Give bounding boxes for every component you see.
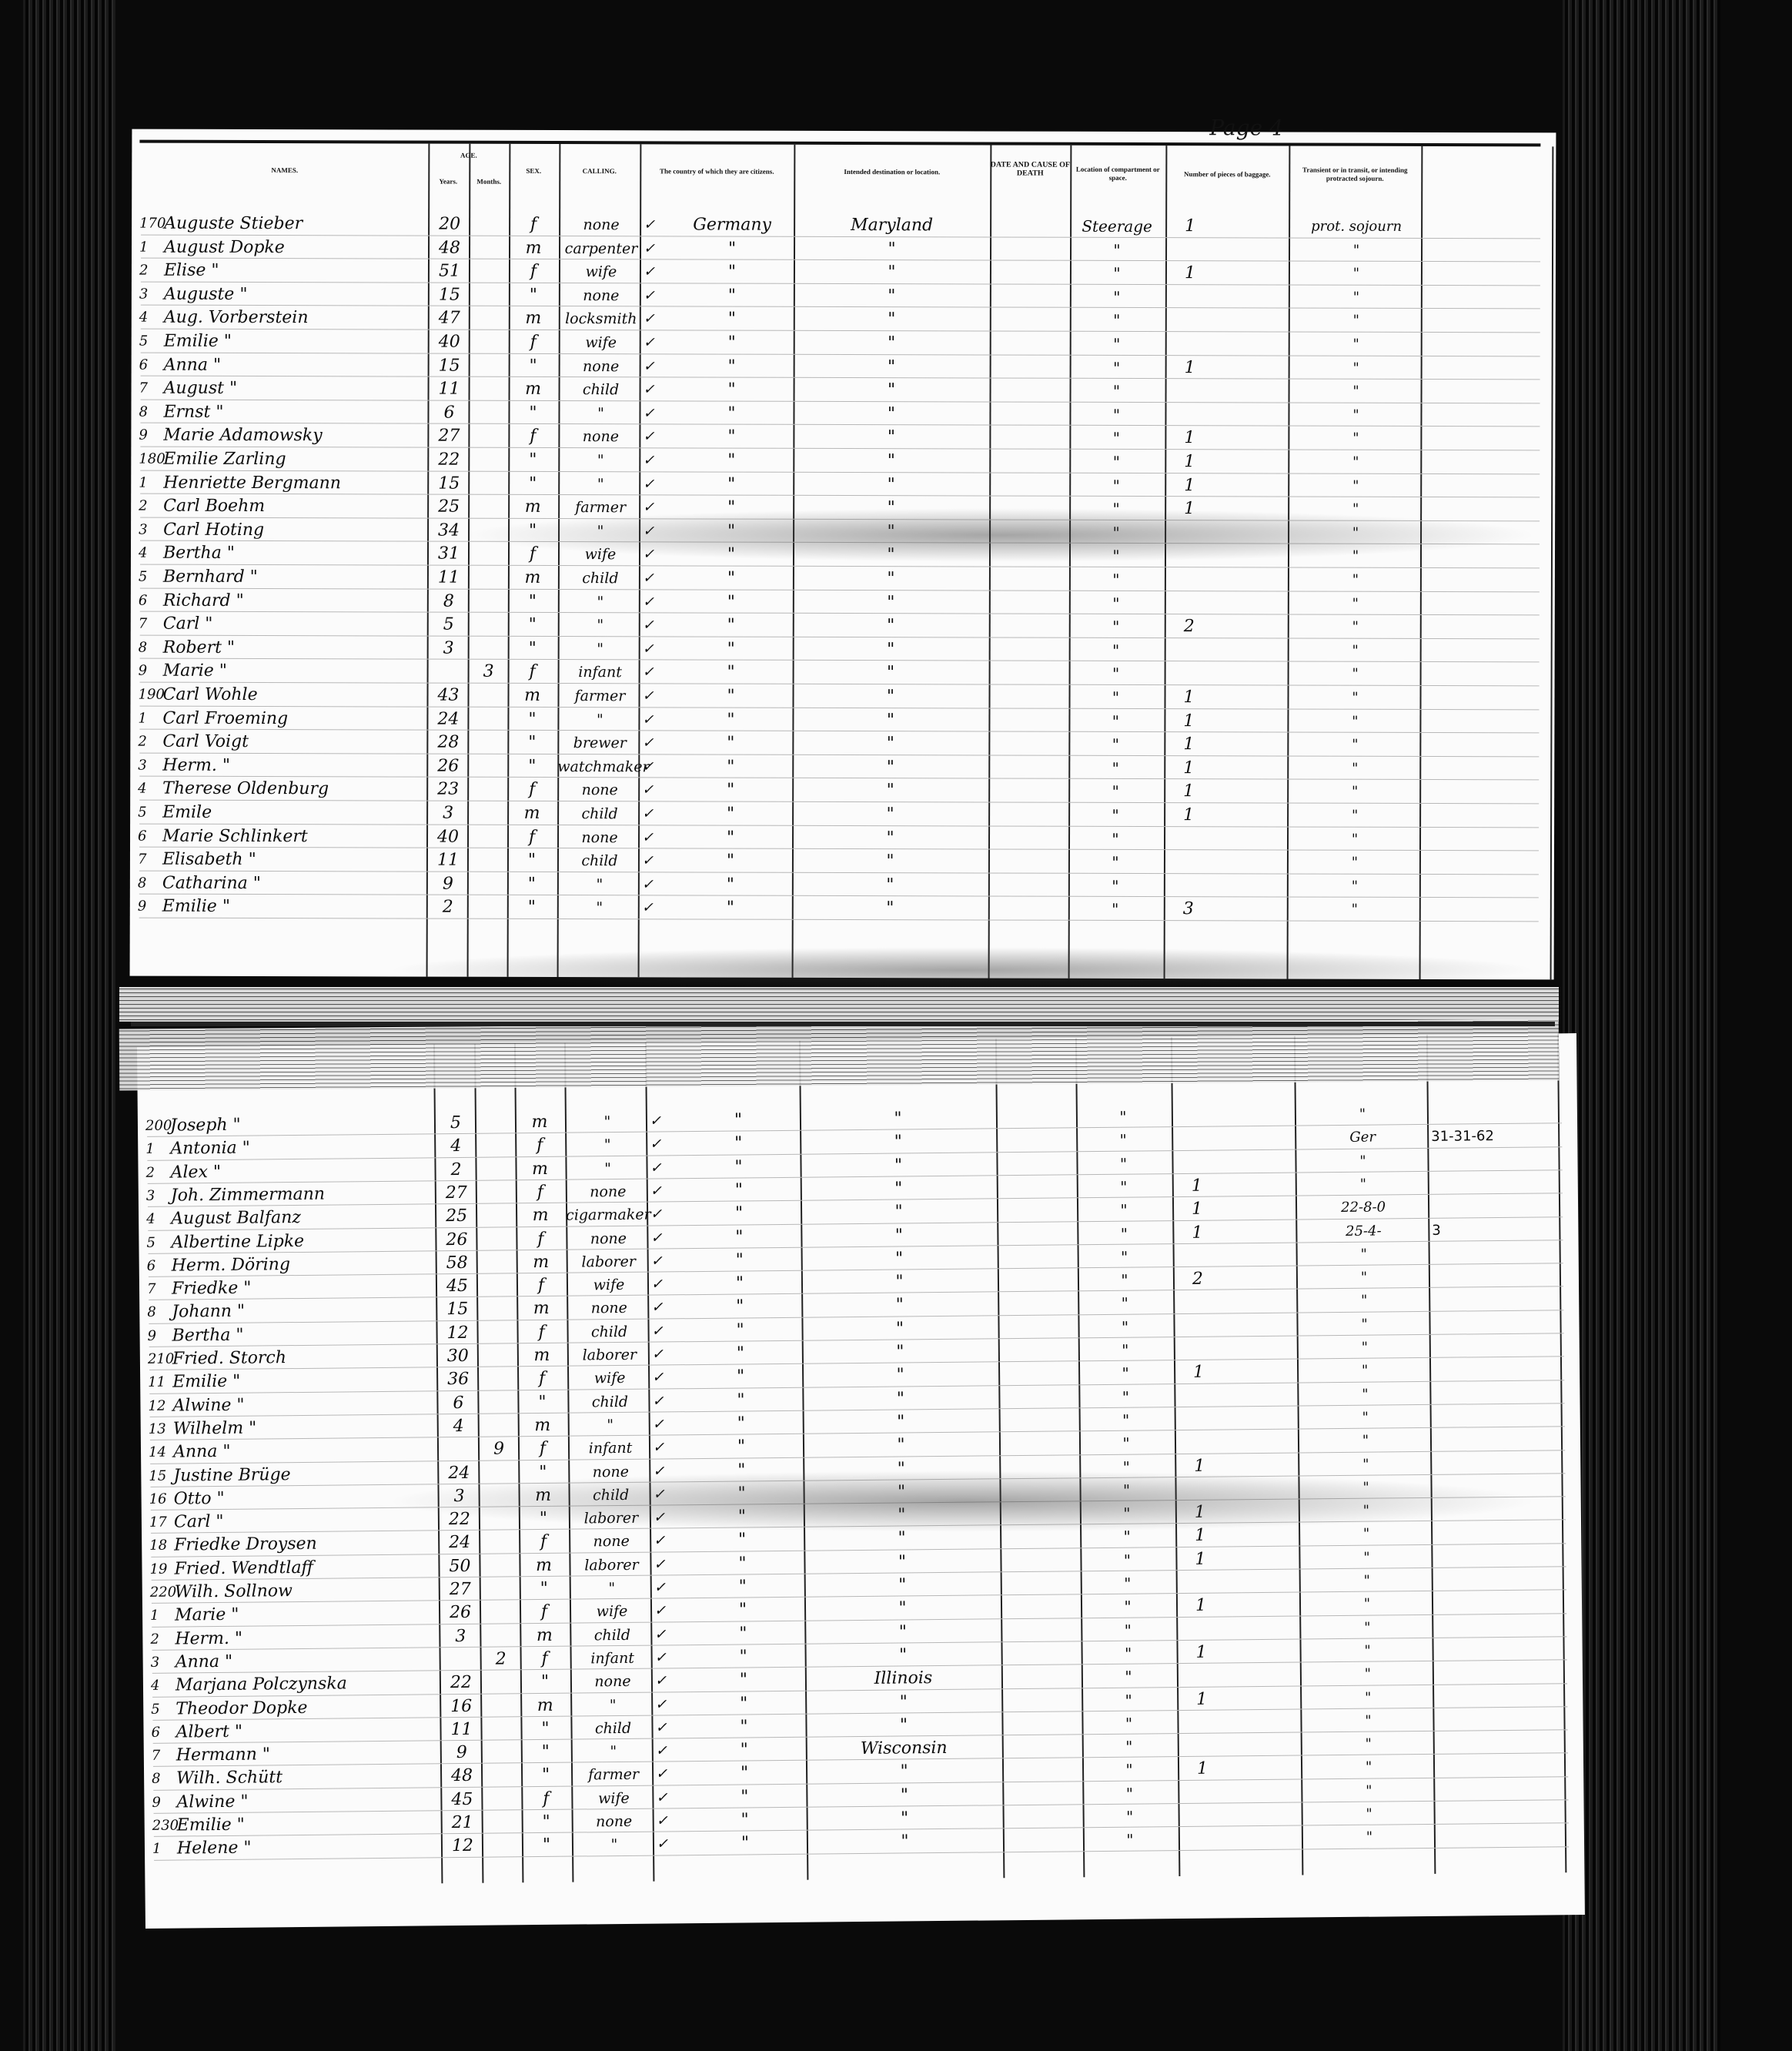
cell-sex: f xyxy=(509,825,555,848)
cell-name: Albertine Lipke xyxy=(171,1230,304,1254)
cell-comp: " xyxy=(1080,1594,1175,1618)
cell-name: Anna " xyxy=(173,1440,231,1464)
passenger-list-top: 170Auguste Stieber20fnoneGermanyMaryland… xyxy=(132,129,1556,133)
cell-years: 16 xyxy=(442,1695,480,1718)
cell-trans: " xyxy=(1289,569,1422,592)
header-sex: SEX. xyxy=(509,167,558,176)
cell-bag: 2 xyxy=(1175,1268,1221,1292)
film-edge-right xyxy=(1563,0,1720,2051)
checkmark-icon: ✓ xyxy=(642,684,657,708)
cell-name: Bertha " xyxy=(172,1323,243,1347)
cell-calling: " xyxy=(572,1833,657,1857)
cell-trans: " xyxy=(1289,852,1421,875)
cell-dest: " xyxy=(802,1387,998,1411)
cell-name: Bertha " xyxy=(163,542,235,565)
cell-calling: farmer xyxy=(571,1763,656,1787)
checkmark-icon: ✓ xyxy=(657,1809,672,1832)
passenger-row: 6Anna "15"none"""1"✓ xyxy=(132,353,1556,380)
cell-comp: " xyxy=(1068,780,1163,803)
passenger-row: 8Robert "3""""""✓ xyxy=(131,636,1555,663)
cell-calling: none xyxy=(566,1226,650,1250)
cell-bag xyxy=(1180,1804,1226,1805)
cell-trans: " xyxy=(1290,356,1423,380)
cell-years: 12 xyxy=(443,1835,482,1858)
cell-name: Emilie " xyxy=(177,1814,245,1838)
cell-name: Joseph " xyxy=(170,1114,241,1138)
fold-band-lower xyxy=(119,1019,1560,1090)
cell-country: " xyxy=(655,355,809,379)
checkmark-icon: ✓ xyxy=(643,473,658,496)
cell-bag xyxy=(1178,1571,1224,1571)
cell-months: 9 xyxy=(480,1437,518,1460)
cell-sex: " xyxy=(519,1390,565,1414)
checkmark-icon: ✓ xyxy=(656,1763,671,1786)
cell-country: " xyxy=(661,1155,815,1179)
cell-dest: " xyxy=(802,1340,998,1364)
cell-comp: " xyxy=(1077,1315,1172,1339)
cell-country: " xyxy=(654,732,807,756)
cell-calling: brewer xyxy=(557,731,642,754)
cell-sex: m xyxy=(518,1297,564,1321)
cell-dest: Maryland xyxy=(794,214,990,238)
cell-name: Fried. Wendtlaff xyxy=(174,1557,313,1581)
cell-country: " xyxy=(664,1365,817,1390)
cell-country: " xyxy=(654,449,808,473)
cell-name: Bernhard " xyxy=(163,566,258,589)
cell-sex: f xyxy=(517,1134,563,1158)
passenger-row: 6Marie Schlinkert40fnone""""✓ xyxy=(130,825,1554,852)
cell-trans: " xyxy=(1289,663,1422,686)
cell-dest: " xyxy=(793,567,989,591)
cell-years: 30 xyxy=(439,1345,477,1368)
cell-dest: " xyxy=(793,591,989,614)
cell-sex: f xyxy=(520,1531,567,1554)
cell-calling: child xyxy=(567,1320,651,1343)
cell-comp: " xyxy=(1068,662,1164,685)
cell-country: " xyxy=(663,1248,817,1273)
cell-comp: " xyxy=(1078,1408,1174,1432)
cell-sex: f xyxy=(510,425,556,448)
cell-calling: " xyxy=(558,402,643,425)
cell-name: Catharina " xyxy=(162,872,261,895)
cell-bag xyxy=(1179,1781,1225,1782)
cell-trans: " xyxy=(1302,1732,1435,1757)
passenger-row: 8Catharina "9""""""✓ xyxy=(130,872,1554,898)
cell-dest: " xyxy=(793,638,989,662)
header-country: The country of which they are citizens. xyxy=(640,167,794,176)
cell-trans: " xyxy=(1289,828,1421,851)
cell-calling: " xyxy=(558,637,643,661)
cell-name: Herm. Döring xyxy=(172,1253,291,1277)
cell-comp: " xyxy=(1075,1128,1171,1152)
cell-trans: " xyxy=(1290,239,1423,262)
cell-trans: " xyxy=(1299,1359,1431,1384)
checkmark-icon: ✓ xyxy=(654,1576,670,1599)
cell-calling: none xyxy=(572,1810,657,1834)
checkmark-icon: ✓ xyxy=(656,1739,671,1762)
cell-name: Richard " xyxy=(163,589,244,612)
header-compartment: Location of compartment or space. xyxy=(1070,166,1165,182)
cell-name: Robert " xyxy=(163,636,235,659)
cell-country: Germany xyxy=(655,213,809,237)
checkmark-icon: ✓ xyxy=(642,826,657,849)
cell-name: August Balfanz xyxy=(171,1206,301,1231)
cell-trans: " xyxy=(1303,1802,1436,1827)
cell-name: Herm. " xyxy=(162,754,230,777)
cell-trans: " xyxy=(1298,1243,1430,1267)
cell-country: " xyxy=(667,1715,821,1739)
cell-name: Anna " xyxy=(164,353,222,376)
cell-country: " xyxy=(661,1132,815,1156)
header-months: Months. xyxy=(469,178,509,186)
cell-calling: laborer xyxy=(567,1250,651,1273)
checkmark-icon: ✓ xyxy=(652,1390,667,1413)
cell-years: 28 xyxy=(429,731,467,754)
page-number-note: Page 4 xyxy=(1209,115,1283,140)
cell-dest: " xyxy=(794,332,990,356)
passenger-row: 2Carl Voigt28"brewer"""1"✓ xyxy=(130,731,1554,758)
checkmark-icon: ✓ xyxy=(655,1716,670,1739)
cell-bag: 1 xyxy=(1165,757,1212,780)
cell-comp: " xyxy=(1077,1268,1172,1292)
cell-years: 5 xyxy=(430,614,468,637)
cell-trans: " xyxy=(1298,1313,1430,1337)
cell-years: 24 xyxy=(429,708,467,731)
cell-years: 9 xyxy=(443,1742,481,1765)
cell-dest: " xyxy=(794,379,990,403)
cell-name: Otto " xyxy=(173,1487,224,1511)
checkmark-icon: ✓ xyxy=(656,1786,671,1809)
cell-bag: 1 xyxy=(1165,733,1212,756)
cell-country: " xyxy=(664,1342,817,1367)
cell-calling: child xyxy=(558,567,643,590)
cell-years: 6 xyxy=(430,401,468,424)
cell-years: 50 xyxy=(440,1554,479,1578)
cell-bag: 1 xyxy=(1167,356,1213,380)
checkmark-icon: ✓ xyxy=(650,1226,666,1250)
cell-bag xyxy=(1179,1665,1225,1665)
cell-country: " xyxy=(665,1551,819,1576)
cell-trans: " xyxy=(1299,1429,1432,1454)
cell-bag xyxy=(1173,1105,1219,1106)
cell-trans: " xyxy=(1289,710,1421,733)
cell-years: 2 xyxy=(429,896,467,919)
cell-trans: " xyxy=(1299,1406,1432,1430)
cell-comp: " xyxy=(1068,615,1164,638)
cell-years: 20 xyxy=(430,213,469,236)
cell-calling: " xyxy=(558,614,643,637)
cell-name: Alwine " xyxy=(172,1394,244,1417)
cell-name: Marie Adamowsky xyxy=(163,424,322,448)
cell-comp: " xyxy=(1069,356,1165,379)
checkmark-icon: ✓ xyxy=(644,379,659,402)
passenger-row: 3Herm. "26"watchmaker"""1"✓ xyxy=(130,754,1554,781)
cell-bag xyxy=(1175,1244,1221,1245)
cell-dest: " xyxy=(792,803,988,827)
cell-years: 6 xyxy=(439,1391,477,1414)
cell-years: 15 xyxy=(430,354,469,377)
checkmark-icon: ✓ xyxy=(650,1133,665,1156)
cell-calling: " xyxy=(565,1110,650,1134)
cell-years: 2 xyxy=(436,1158,475,1181)
cell-years: 47 xyxy=(430,307,469,330)
cell-sex: " xyxy=(510,284,557,307)
cell-dest: " xyxy=(794,261,990,285)
cell-dest: " xyxy=(801,1176,997,1201)
cell-bag: 3 xyxy=(1165,898,1212,921)
cell-sex: " xyxy=(523,1764,569,1788)
cell-comp: " xyxy=(1069,380,1165,403)
cell-dest: " xyxy=(794,285,990,309)
cell-bag: 1 xyxy=(1174,1198,1220,1222)
checkmark-icon: ✓ xyxy=(654,1553,669,1576)
cell-name: Friedke Droysen xyxy=(174,1533,317,1557)
cell-calling: " xyxy=(558,591,643,614)
checkmark-icon: ✓ xyxy=(651,1273,667,1297)
cell-sex: m xyxy=(522,1694,568,1718)
cell-country: " xyxy=(655,379,809,403)
cell-comp: " xyxy=(1068,851,1163,874)
cell-dest: " xyxy=(792,756,988,780)
cell-comp: " xyxy=(1068,709,1163,732)
cell-country: " xyxy=(664,1435,818,1460)
cell-years: 9 xyxy=(429,872,467,895)
cell-trans: " xyxy=(1289,898,1421,922)
cell-calling: none xyxy=(566,1179,650,1203)
cell-trans: " xyxy=(1297,1173,1429,1197)
cell-name: Carl Boehm xyxy=(163,495,265,518)
cell-name: Alwine " xyxy=(176,1790,248,1814)
cell-bag xyxy=(1173,1151,1219,1152)
cell-sex: m xyxy=(509,684,555,708)
cell-sex: f xyxy=(510,331,557,354)
cell-months: 2 xyxy=(482,1648,520,1671)
stain-top xyxy=(462,508,1540,562)
cell-sex: f xyxy=(518,1320,564,1344)
passenger-row: 9Marie "3finfant""""✓ xyxy=(131,660,1555,687)
checkmark-icon: ✓ xyxy=(642,802,657,825)
cell-bag xyxy=(1175,1314,1221,1315)
passenger-row: 9Emilie "2"""""3"✓ xyxy=(130,895,1554,922)
checkmark-icon: ✓ xyxy=(643,637,658,661)
cell-sex: " xyxy=(523,1741,569,1765)
cell-name: Marjana Polczynska xyxy=(176,1673,347,1698)
checkmark-icon: ✓ xyxy=(644,284,659,307)
cell-name: Carl Hoting xyxy=(163,518,264,541)
cell-calling: infant xyxy=(570,1646,655,1670)
cell-trans: " xyxy=(1290,309,1423,333)
cell-sex: m xyxy=(517,1204,563,1228)
cell-dest: " xyxy=(793,473,989,497)
header-years: Years. xyxy=(428,178,468,186)
checkmark-icon: ✓ xyxy=(642,850,657,873)
cell-bag: 1 xyxy=(1165,804,1212,827)
cell-dest: " xyxy=(793,661,989,685)
cell-bag xyxy=(1175,1337,1222,1338)
cell-years: 15 xyxy=(430,472,468,495)
cell-comp: " xyxy=(1068,686,1163,709)
cell-trans: " xyxy=(1298,1289,1430,1313)
cell-bag: 1 xyxy=(1165,710,1212,733)
cell-dest: " xyxy=(792,826,988,850)
cell-comp: " xyxy=(1068,804,1163,827)
passenger-row: 6Richard "8""""""✓ xyxy=(131,589,1555,616)
passenger-row: 1Carl Froeming24"""""1"✓ xyxy=(130,707,1554,734)
cell-dest: " xyxy=(802,1363,998,1388)
checkmark-icon: ✓ xyxy=(650,1179,666,1203)
cell-years: 11 xyxy=(429,849,467,872)
cell-name: Hermann " xyxy=(176,1743,270,1767)
passenger-row: 4Therese Oldenburg23fnone"""1"✓ xyxy=(130,778,1554,805)
cell-trans: " xyxy=(1302,1755,1435,1780)
cell-country: " xyxy=(654,614,808,638)
cell-name: Wilh. Sollnow xyxy=(175,1580,293,1604)
cell-comp: " xyxy=(1082,1828,1178,1852)
cell-dest: " xyxy=(793,450,989,473)
cell-years: 58 xyxy=(438,1252,476,1275)
cell-name: Emilie " xyxy=(172,1370,240,1394)
cell-trans: 25-4- xyxy=(1297,1219,1429,1243)
cell-years: 3 xyxy=(441,1624,480,1648)
passenger-row: 1Henriette Bergmann15"""""1"✓ xyxy=(131,471,1555,498)
cell-country: " xyxy=(663,1318,817,1343)
cell-years: 48 xyxy=(430,236,469,259)
cell-dest: " xyxy=(804,1620,1001,1644)
cell-months: 3 xyxy=(470,661,508,684)
cell-country: " xyxy=(655,261,809,285)
cell-bag: 1 xyxy=(1165,686,1212,709)
cell-dest: " xyxy=(801,1317,998,1341)
cell-bag xyxy=(1175,1291,1221,1292)
cell-trans: " xyxy=(1289,403,1422,427)
cell-dest: Wisconsin xyxy=(806,1736,1002,1761)
cell-trans: " xyxy=(1289,875,1421,898)
cell-trans: " xyxy=(1302,1779,1435,1804)
cell-years: 51 xyxy=(430,260,469,283)
cell-calling: " xyxy=(557,708,642,731)
cell-sex: m xyxy=(517,1157,563,1181)
cell-name: Joh. Zimmermann xyxy=(171,1183,325,1208)
cell-bag: 1 xyxy=(1167,215,1213,238)
cell-comp: " xyxy=(1068,591,1164,614)
cell-name: Therese Oldenburg xyxy=(162,778,329,801)
cell-name: Albert " xyxy=(176,1721,242,1745)
cell-comp: " xyxy=(1082,1805,1178,1829)
cell-country: " xyxy=(654,637,808,661)
cell-comp: Steerage xyxy=(1069,215,1165,238)
cell-comp: " xyxy=(1076,1222,1172,1246)
cell-years: 26 xyxy=(429,754,467,778)
cell-country: " xyxy=(654,661,808,685)
cell-country: " xyxy=(654,591,808,614)
cell-dest: " xyxy=(804,1573,1001,1598)
cell-sex: " xyxy=(509,708,555,731)
cell-comp: " xyxy=(1080,1571,1175,1595)
cell-comp: " xyxy=(1078,1385,1173,1409)
cell-years: 15 xyxy=(430,283,469,306)
cell-sex: " xyxy=(510,472,556,495)
cell-calling: wife xyxy=(567,1273,651,1297)
cell-trans: " xyxy=(1301,1639,1433,1664)
cell-dest: " xyxy=(794,237,990,261)
cell-comp: " xyxy=(1082,1758,1177,1782)
checkmark-icon: ✓ xyxy=(650,1109,665,1133)
cell-comp: " xyxy=(1068,450,1164,473)
checkmark-icon: ✓ xyxy=(644,355,659,378)
cell-country: " xyxy=(668,1832,822,1856)
cell-sex: f xyxy=(522,1648,568,1671)
cell-country: " xyxy=(655,237,809,261)
cell-bag xyxy=(1176,1431,1222,1432)
cell-dest: " xyxy=(801,1293,998,1318)
cell-sex: m xyxy=(517,1111,563,1135)
header-calling: CALLING. xyxy=(559,167,640,176)
cell-calling: infant xyxy=(558,661,643,684)
passenger-row: 3Auguste "15"none""""✓ xyxy=(132,283,1556,309)
cell-calling: laborer xyxy=(569,1553,654,1577)
checkmark-icon: ✓ xyxy=(642,708,657,731)
cell-dest: " xyxy=(794,308,990,332)
cell-calling: wife xyxy=(559,260,644,283)
cell-name: Alex " xyxy=(170,1161,221,1185)
checkmark-icon: ✓ xyxy=(643,402,658,425)
cell-country: " xyxy=(654,897,807,921)
cell-calling: child xyxy=(557,849,642,872)
cell-comp: " xyxy=(1080,1618,1175,1642)
cell-calling: child xyxy=(557,802,642,825)
cell-sex: f xyxy=(523,1787,569,1811)
cell-years: 45 xyxy=(438,1275,476,1298)
cell-sex: m xyxy=(510,567,556,590)
cell-name: Carl " xyxy=(174,1511,224,1534)
cell-trans: " xyxy=(1290,333,1423,356)
cell-sex: " xyxy=(510,590,556,613)
cell-dest: " xyxy=(792,708,988,732)
cell-bag: 1 xyxy=(1166,427,1212,450)
header-destination: Intended destination or location. xyxy=(794,168,990,177)
cell-calling: wife xyxy=(571,1786,656,1810)
cell-calling: carpenter xyxy=(559,237,644,260)
cell-bag: 2 xyxy=(1166,615,1212,638)
cell-comp: " xyxy=(1068,827,1163,850)
cell-sex: m xyxy=(521,1624,567,1648)
cell-country: " xyxy=(654,779,807,803)
cell-sex: " xyxy=(523,1834,570,1858)
cell-dest: " xyxy=(806,1783,1002,1808)
checkmark-icon: ✓ xyxy=(657,1833,672,1856)
cell-calling: child xyxy=(570,1716,655,1740)
cell-name: Marie Schlinkert xyxy=(162,825,308,848)
passenger-row: 7August "11mchild""""✓ xyxy=(132,377,1556,404)
cell-sex: m xyxy=(510,236,557,259)
cell-comp: " xyxy=(1068,898,1163,921)
cell-sex: " xyxy=(509,755,555,778)
cell-bag xyxy=(1179,1711,1225,1711)
cell-bag: 1 xyxy=(1175,1361,1222,1385)
cell-name: August Dopke xyxy=(164,236,285,259)
cell-calling: laborer xyxy=(567,1343,652,1367)
cell-calling: none xyxy=(559,284,644,307)
cell-comp: " xyxy=(1068,568,1164,591)
cell-sex: f xyxy=(520,1437,566,1461)
cell-comp: " xyxy=(1068,733,1163,756)
cell-country: " xyxy=(661,1109,815,1133)
passenger-row: 2Elise "51fwife"""1"✓ xyxy=(132,259,1556,286)
cell-sex: f xyxy=(509,778,555,801)
cell-comp: " xyxy=(1079,1548,1175,1572)
cell-years: 22 xyxy=(430,449,468,472)
cell-sex: f xyxy=(521,1601,567,1624)
